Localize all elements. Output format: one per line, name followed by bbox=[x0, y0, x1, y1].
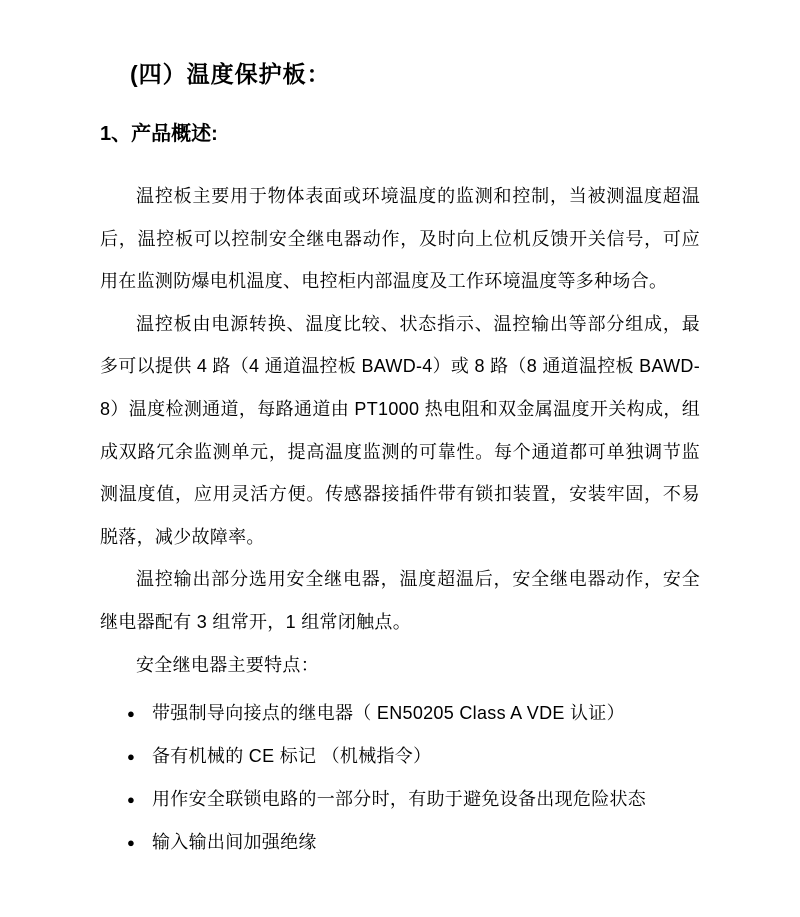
paragraph-composition: 温控板由电源转换、温度比较、状态指示、温控输出等部分组成，最多可以提供 4 路（… bbox=[100, 303, 700, 559]
document-title: (四）温度保护板： bbox=[130, 59, 700, 89]
list-item-text: 带强制导向接点的继电器（ EN50205 Class A VDE 认证） bbox=[152, 703, 625, 723]
bullet-icon: ● bbox=[127, 735, 135, 778]
list-item: ● 输入输出间加强绝缘 bbox=[100, 821, 700, 864]
paragraph-usage-overview: 温控板主要用于物体表面或环境温度的监测和控制，当被测温度超温后，温控板可以控制安… bbox=[100, 175, 700, 303]
paragraph-features-label: 安全继电器主要特点： bbox=[100, 644, 700, 687]
paragraph-relay-output: 温控输出部分选用安全继电器，温度超温后，安全继电器动作，安全继电器配有 3 组常… bbox=[100, 558, 700, 643]
bullet-icon: ● bbox=[127, 692, 135, 735]
list-item-text: 备有机械的 CE 标记 （机械指令） bbox=[152, 746, 431, 766]
bullet-icon: ● bbox=[127, 821, 135, 864]
section-heading-product-overview: 1、产品概述: bbox=[100, 121, 700, 148]
list-item: ● 用作安全联锁电路的一部分时，有助于避免设备出现危险状态 bbox=[100, 778, 700, 821]
document-page: (四）温度保护板： 1、产品概述: 温控板主要用于物体表面或环境温度的监测和控制… bbox=[0, 0, 800, 917]
bullet-icon: ● bbox=[127, 778, 135, 821]
list-item: ● 带强制导向接点的继电器（ EN50205 Class A VDE 认证） bbox=[100, 692, 700, 735]
list-item: ● 备有机械的 CE 标记 （机械指令） bbox=[100, 735, 700, 778]
list-item-text: 用作安全联锁电路的一部分时，有助于避免设备出现危险状态 bbox=[152, 789, 646, 809]
list-item-text: 输入输出间加强绝缘 bbox=[152, 832, 317, 852]
feature-list: ● 带强制导向接点的继电器（ EN50205 Class A VDE 认证） ●… bbox=[100, 692, 700, 864]
